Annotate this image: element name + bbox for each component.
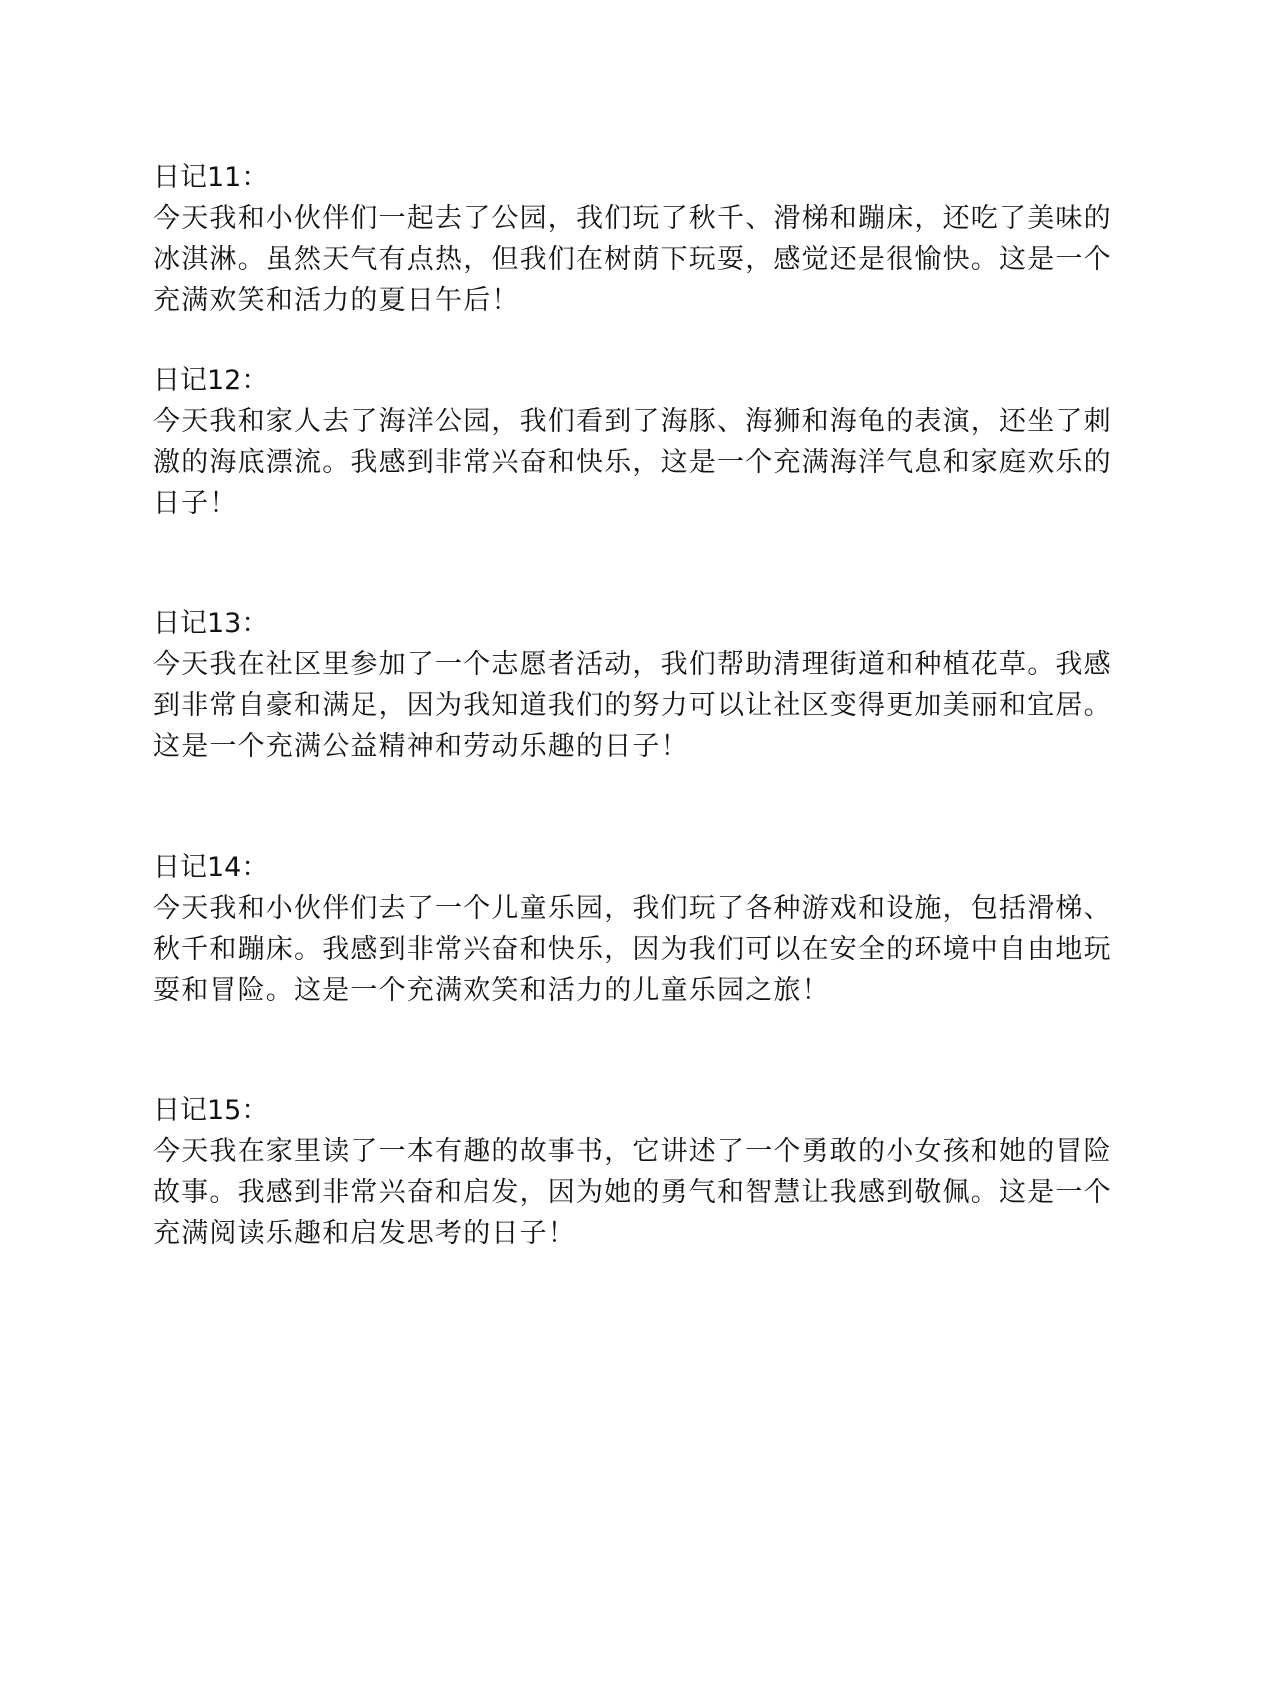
document-page: 日记11： 今天我和小伙伴们一起去了公园，我们玩了秋千、滑梯和蹦床，还吃了美味的…	[0, 0, 1280, 1706]
entry-body-line: 激的海底漂流。我感到非常兴奋和快乐，这是一个充满海洋气息和家庭欢乐的	[153, 442, 1133, 483]
entry-body-line: 这是一个充满公益精神和劳动乐趣的日子！	[153, 726, 1133, 767]
entry-body-line: 到非常自豪和满足，因为我知道我们的努力可以让社区变得更加美丽和宜居。	[153, 685, 1133, 726]
entry-title: 日记13：	[153, 603, 1133, 644]
diary-entry-15: 日记15： 今天我在家里读了一本有趣的故事书，它讲述了一个勇敢的小女孩和她的冒险…	[153, 1090, 1133, 1254]
entry-body-line: 今天我和小伙伴们去了一个儿童乐园，我们玩了各种游戏和设施，包括滑梯、	[153, 888, 1133, 929]
diary-entry-11: 日记11： 今天我和小伙伴们一起去了公园，我们玩了秋千、滑梯和蹦床，还吃了美味的…	[153, 157, 1133, 321]
diary-entry-14: 日记14： 今天我和小伙伴们去了一个儿童乐园，我们玩了各种游戏和设施，包括滑梯、…	[153, 847, 1133, 1011]
entry-body-line: 今天我和小伙伴们一起去了公园，我们玩了秋千、滑梯和蹦床，还吃了美味的	[153, 198, 1133, 239]
entry-body-line: 耍和冒险。这是一个充满欢笑和活力的儿童乐园之旅！	[153, 970, 1133, 1011]
entry-body-line: 故事。我感到非常兴奋和启发，因为她的勇气和智慧让我感到敬佩。这是一个	[153, 1172, 1133, 1213]
diary-entry-12: 日记12： 今天我和家人去了海洋公园，我们看到了海豚、海狮和海龟的表演，还坐了刺…	[153, 360, 1133, 524]
entry-body-line: 秋千和蹦床。我感到非常兴奋和快乐，因为我们可以在安全的环境中自由地玩	[153, 929, 1133, 970]
entry-body-line: 充满阅读乐趣和启发思考的日子！	[153, 1213, 1133, 1254]
entry-title: 日记14：	[153, 847, 1133, 888]
entry-body-line: 冰淇淋。虽然天气有点热，但我们在树荫下玩耍，感觉还是很愉快。这是一个	[153, 239, 1133, 280]
entry-title: 日记15：	[153, 1090, 1133, 1131]
entry-title: 日记12：	[153, 360, 1133, 401]
entry-body-line: 今天我和家人去了海洋公园，我们看到了海豚、海狮和海龟的表演，还坐了刺	[153, 401, 1133, 442]
diary-entry-13: 日记13： 今天我在社区里参加了一个志愿者活动，我们帮助清理街道和种植花草。我感…	[153, 603, 1133, 767]
entry-body-line: 日子！	[153, 483, 1133, 524]
entry-body-line: 今天我在社区里参加了一个志愿者活动，我们帮助清理街道和种植花草。我感	[153, 644, 1133, 685]
entry-body-line: 充满欢笑和活力的夏日午后！	[153, 280, 1133, 321]
entry-body-line: 今天我在家里读了一本有趣的故事书，它讲述了一个勇敢的小女孩和她的冒险	[153, 1131, 1133, 1172]
entry-title: 日记11：	[153, 157, 1133, 198]
